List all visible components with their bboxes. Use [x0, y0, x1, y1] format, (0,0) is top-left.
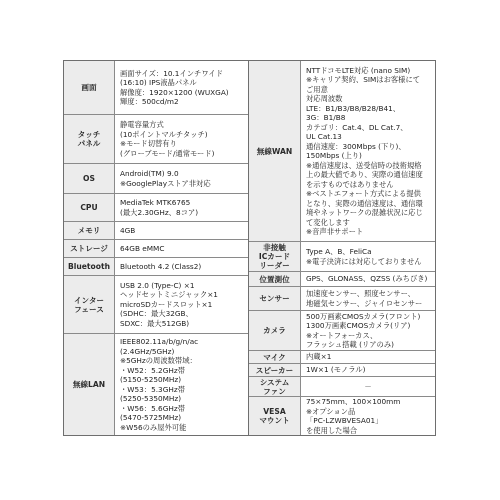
spec-value: 静電容量方式 (10ポイントマルチタッチ) ※モード切替有り (グローブモード/… [115, 115, 248, 163]
spec-label: ストレージ [64, 240, 115, 257]
spec-row-display: 画面 画面サイズ：10.1インチワイド (16:10) IPS液晶パネル 解像度… [64, 61, 248, 114]
spec-table-left: 画面 画面サイズ：10.1インチワイド (16:10) IPS液晶パネル 解像度… [63, 60, 249, 436]
spec-label: センサー [249, 287, 301, 310]
spec-row-wireless-lan: 無線LAN IEEE802.11a/b/g/n/ac (2.4GHz/5GHz)… [64, 333, 248, 435]
spec-label: システム ファン [249, 377, 301, 396]
spec-row-ic-card-reader: 非接触 ICカード リーダー Type A、B、FeliCa ※電子決済には対応… [249, 241, 435, 271]
spec-row-camera: カメラ 500万画素CMOSカメラ(フロント) 1300万画素CMOSカメラ(リ… [249, 310, 435, 350]
spec-label: Bluetooth [64, 258, 115, 275]
spec-label: メモリ [64, 222, 115, 239]
spec-value: Type A、B、FeliCa ※電子決済には対応しておりません [301, 242, 435, 271]
spec-row-wireless-wan: 無線WAN NTTドコモLTE対応 (nano SIM) ※キャリア契約、SIM… [249, 61, 435, 241]
spec-value: GPS、GLONASS、QZSS (みちびき) [301, 272, 435, 286]
spec-row-system-fan: システム ファン － [249, 376, 435, 396]
spec-row-touch-panel: タッチ パネル 静電容量方式 (10ポイントマルチタッチ) ※モード切替有り (… [64, 114, 248, 163]
spec-label: スピーカー [249, 364, 301, 376]
spec-label: インター フェース [64, 276, 115, 333]
spec-value: Android(TM) 9.0 ※GooglePlayストア非対応 [115, 164, 248, 193]
spec-row-os: OS Android(TM) 9.0 ※GooglePlayストア非対応 [64, 163, 248, 193]
spec-label: 無線LAN [64, 334, 115, 435]
spec-label: 非接触 ICカード リーダー [249, 242, 301, 271]
spec-label: マイク [249, 351, 301, 363]
spec-label: 画面 [64, 61, 115, 114]
spec-label: 位置測位 [249, 272, 301, 286]
spec-value: IEEE802.11a/b/g/n/ac (2.4GHz/5GHz) ※5GHz… [115, 334, 248, 435]
spec-row-sensor: センサー 加速度センサー、照度センサー、 地磁気センサー、ジャイロセンサー [249, 286, 435, 310]
spec-value: 75×75mm、100×100mm ※オプション品 「PC-LZWBVESA01… [301, 397, 435, 435]
spec-row-bluetooth: Bluetooth Bluetooth 4.2 (Class2) [64, 257, 248, 275]
spec-label: カメラ [249, 311, 301, 350]
spec-row-interface: インター フェース USB 2.0 (Type-C) ×1 ヘッドセットミニジャ… [64, 275, 248, 333]
spec-value: Bluetooth 4.2 (Class2) [115, 258, 248, 275]
spec-value: 64GB eMMC [115, 240, 248, 257]
spec-label: VESA マウント [249, 397, 301, 435]
spec-value: 画面サイズ：10.1インチワイド (16:10) IPS液晶パネル 解像度：19… [115, 61, 248, 114]
spec-row-storage: ストレージ 64GB eMMC [64, 239, 248, 257]
spec-row-vesa-mount: VESA マウント 75×75mm、100×100mm ※オプション品 「PC-… [249, 396, 435, 435]
spec-label: タッチ パネル [64, 115, 115, 163]
spec-label: OS [64, 164, 115, 193]
spec-table-right: 無線WAN NTTドコモLTE対応 (nano SIM) ※キャリア契約、SIM… [248, 60, 436, 436]
spec-row-positioning: 位置測位 GPS、GLONASS、QZSS (みちびき) [249, 271, 435, 286]
spec-value: USB 2.0 (Type-C) ×1 ヘッドセットミニジャック×1 micro… [115, 276, 248, 333]
spec-value: 1W×1 (モノラル) [301, 364, 435, 376]
spec-value: 加速度センサー、照度センサー、 地磁気センサー、ジャイロセンサー [301, 287, 435, 310]
spec-row-microphone: マイク 内蔵×1 [249, 350, 435, 363]
spec-value: 4GB [115, 222, 248, 239]
spec-value: 500万画素CMOSカメラ(フロント) 1300万画素CMOSカメラ(リア) ※… [301, 311, 435, 350]
spec-label: CPU [64, 194, 115, 221]
spec-row-memory: メモリ 4GB [64, 221, 248, 239]
spec-row-speaker: スピーカー 1W×1 (モノラル) [249, 363, 435, 376]
spec-value: 内蔵×1 [301, 351, 435, 363]
spec-row-cpu: CPU MediaTek MTK6765 (最大2.30GHz、8コア) [64, 193, 248, 221]
spec-value: MediaTek MTK6765 (最大2.30GHz、8コア) [115, 194, 248, 221]
spec-label: 無線WAN [249, 61, 301, 241]
spec-value: － [301, 377, 435, 396]
spec-value: NTTドコモLTE対応 (nano SIM) ※キャリア契約、SIMはお客様にて… [301, 61, 435, 241]
